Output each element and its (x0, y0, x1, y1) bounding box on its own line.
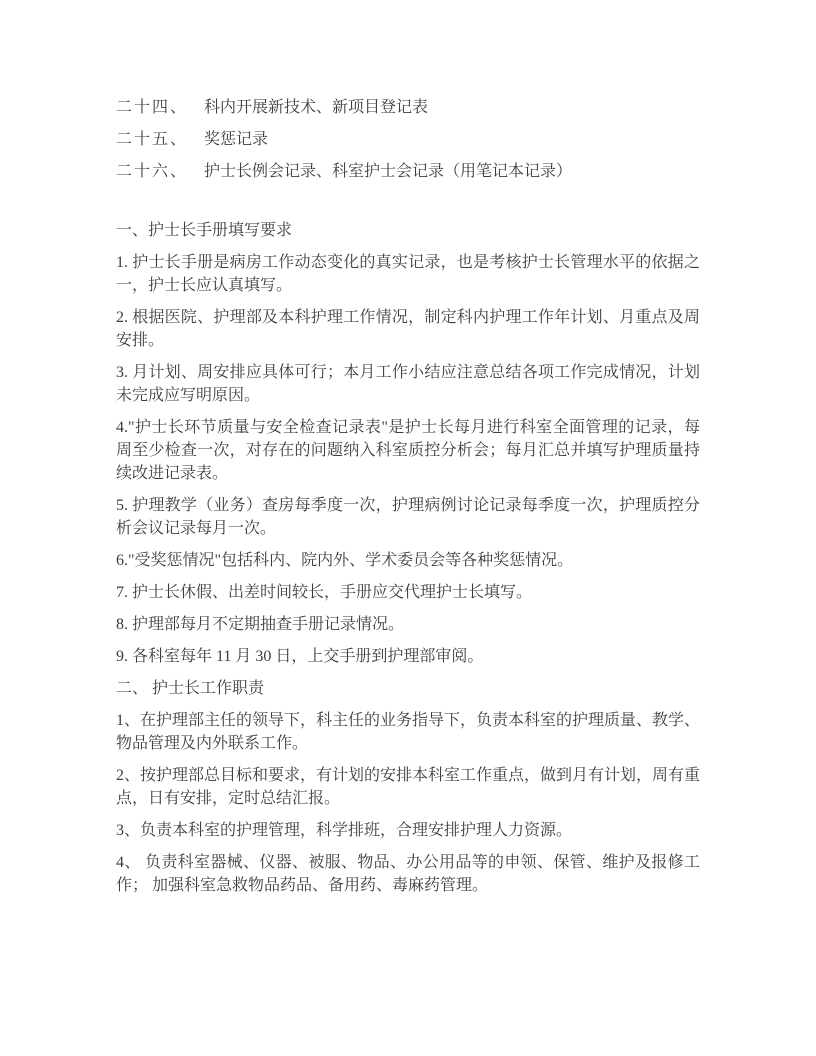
index-item-text: 护士长例会记录、科室护士会记录（用笔记本记录） (204, 163, 572, 180)
paragraph-duty-4: 4、 负责科室器械、仪器、被服、物品、办公用品等的申领、保管、维护及报修工作； … (116, 851, 700, 897)
paragraph-rule-2: 2. 根据医院、护理部及本科护理工作情况，制定科内护理工作年计划、月重点及周安排… (116, 306, 700, 352)
paragraph-duty-2: 2、按护理部总目标和要求，有计划的安排本科室工作重点，做到月有计划，周有重点，日… (116, 764, 700, 810)
index-item: 二十六、护士长例会记录、科室护士会记录（用笔记本记录） (116, 160, 700, 183)
paragraph-rule-7: 7. 护士长休假、出差时间较长，手册应交代理护士长填写。 (116, 581, 700, 604)
index-item-text: 科内开展新技术、新项目登记表 (204, 99, 428, 116)
paragraph-rule-6: 6."受奖惩情况"包括科内、院内外、学术委员会等各种奖惩情况。 (116, 549, 700, 572)
paragraph-rule-9: 9. 各科室每年 11 月 30 日，上交手册到护理部审阅。 (116, 645, 700, 668)
paragraph-rule-3: 3. 月计划、周安排应具体可行；本月工作小结应注意总结各项工作完成情况，计划未完… (116, 361, 700, 407)
section-one-heading: 一、护士长手册填写要求 (116, 219, 700, 242)
index-item-number: 二十四、 (116, 99, 188, 116)
section-two-heading: 二、 护士长工作职责 (116, 677, 700, 700)
paragraph-rule-4: 4."护士长环节质量与安全检查记录表"是护士长每月进行科室全面管理的记录，每周至… (116, 416, 700, 485)
paragraph-duty-3: 3、负责本科室的护理管理，科学排班，合理安排护理人力资源。 (116, 819, 700, 842)
index-item: 二十四、科内开展新技术、新项目登记表 (116, 96, 700, 119)
index-item-text: 奖惩记录 (204, 131, 268, 148)
paragraph-rule-1: 1. 护士长手册是病房工作动态变化的真实记录，也是考核护士长管理水平的依据之一，… (116, 251, 700, 297)
index-item-number: 二十五、 (116, 131, 188, 148)
document-page: 二十四、科内开展新技术、新项目登记表 二十五、奖惩记录 二十六、护士长例会记录、… (0, 0, 816, 1056)
paragraph-duty-1: 1、在护理部主任的领导下，科主任的业务指导下，负责本科室的护理质量、教学、物品管… (116, 709, 700, 755)
paragraph-rule-5: 5. 护理教学（业务）查房每季度一次，护理病例讨论记录每季度一次，护理质控分析会… (116, 494, 700, 540)
index-item-number: 二十六、 (116, 163, 188, 180)
index-item: 二十五、奖惩记录 (116, 128, 700, 151)
paragraph-rule-8: 8. 护理部每月不定期抽查手册记录情况。 (116, 613, 700, 636)
